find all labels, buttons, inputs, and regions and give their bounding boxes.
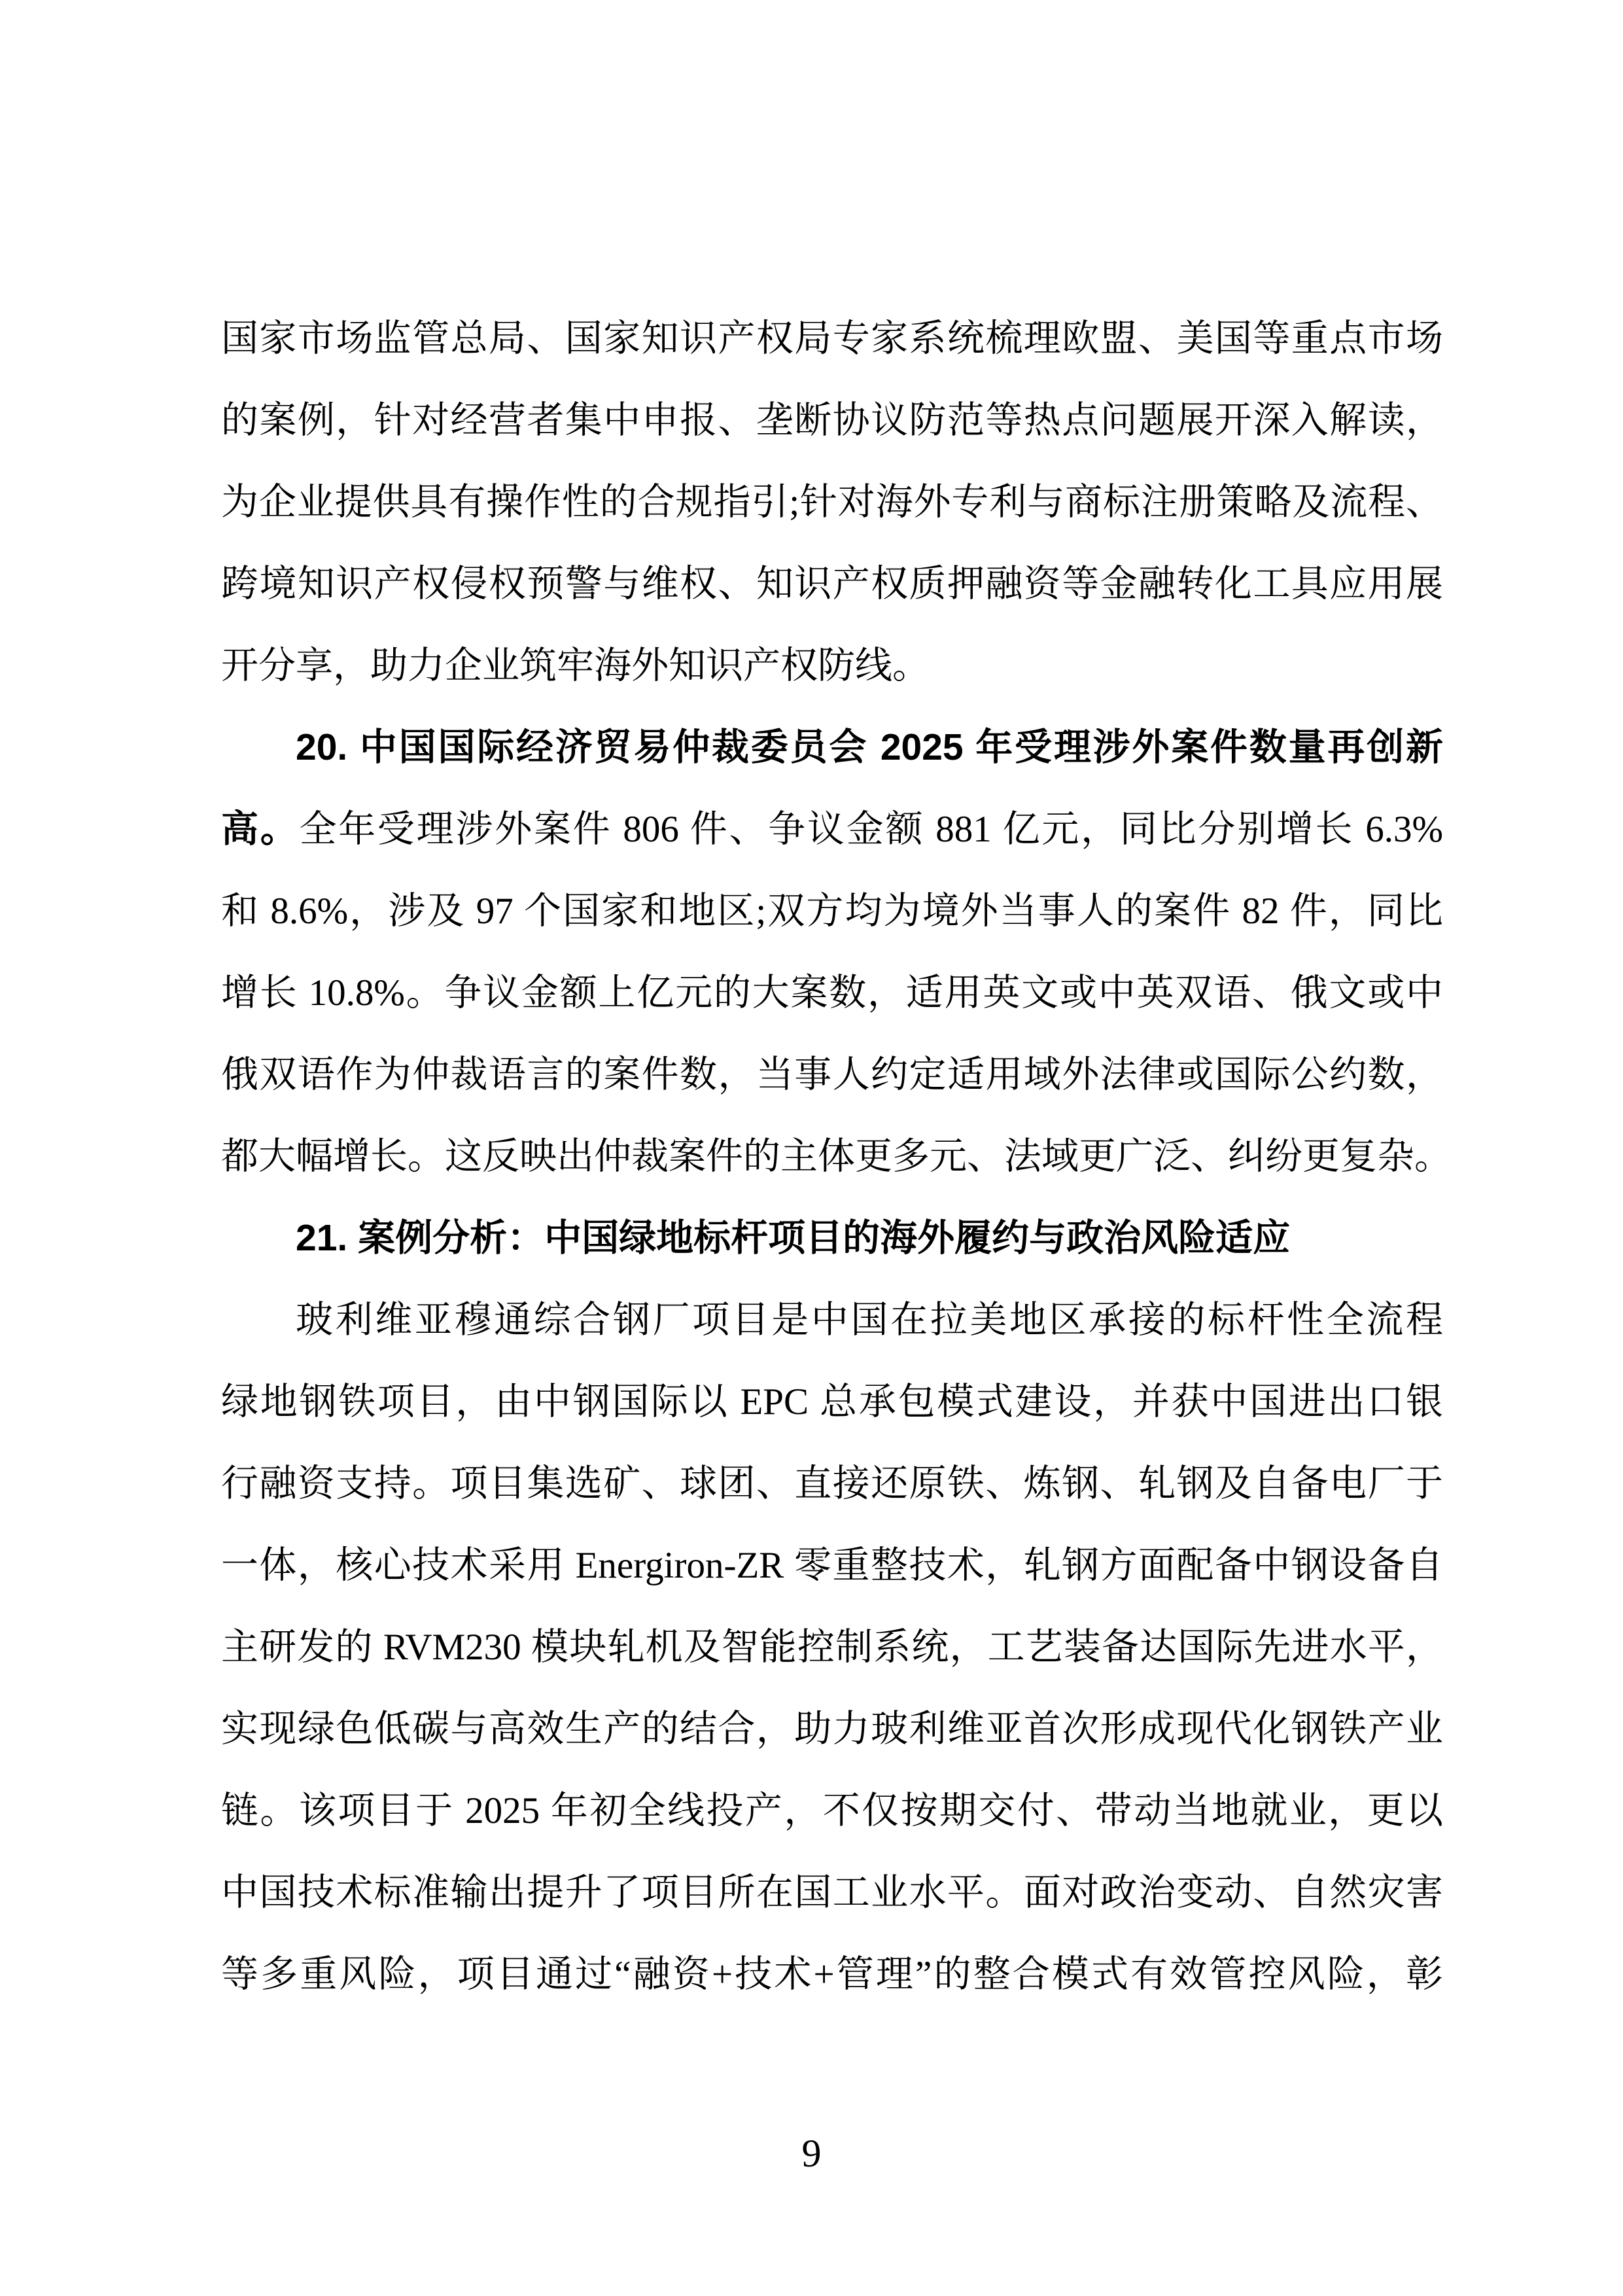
text-line: 行融资支持。项目集选矿、球团、直接还原铁、炼钢、轧钢及自备电厂于 bbox=[221, 1443, 1443, 1525]
heading-text: 20. 中国国际经济贸易仲裁委员会 2025 年受理涉外案件数量再创新 bbox=[296, 726, 1443, 768]
body-text: 跨境知识产权侵权预警与维权、知识产权质押融资等金融转化工具应用展 bbox=[221, 563, 1443, 605]
body-text: 主研发的 RVM230 模块轧机及智能控制系统，工艺装备达国际先进水平， bbox=[221, 1627, 1443, 1668]
body-text: 全年受理涉外案件 806 件、争议金额 881 亿元，同比分别增长 6.3% bbox=[299, 809, 1443, 850]
body-text: 链。该项目于 2025 年初全线投产，不仅按期交付、带动当地就业，更以 bbox=[221, 1790, 1443, 1831]
body-text: 中国技术标准输出提升了项目所在国工业水平。面对政治变动、自然灾害 bbox=[221, 1872, 1443, 1913]
text-line: 玻利维亚穆通综合钢厂项目是中国在拉美地区承接的标杆性全流程 bbox=[221, 1279, 1443, 1361]
text-line: 为企业提供具有操作性的合规指引;针对海外专利与商标注册策略及流程、 bbox=[221, 461, 1443, 543]
body-text: 等多重风险，项目通过“融资+技术+管理”的整合模式有效管控风险，彰 bbox=[221, 1954, 1443, 1995]
body-text: 绿地钢铁项目，由中钢国际以 EPC 总承包模式建设，并获中国进出口银 bbox=[221, 1381, 1443, 1422]
text-line: 20. 中国国际经济贸易仲裁委员会 2025 年受理涉外案件数量再创新 bbox=[221, 707, 1443, 788]
body-text: 行融资支持。项目集选矿、球团、直接还原铁、炼钢、轧钢及自备电厂于 bbox=[221, 1463, 1443, 1504]
text-line: 链。该项目于 2025 年初全线投产，不仅按期交付、带动当地就业，更以 bbox=[221, 1770, 1443, 1852]
text-line: 跨境知识产权侵权预警与维权、知识产权质押融资等金融转化工具应用展 bbox=[221, 543, 1443, 625]
body-text: 增长 10.8%。争议金额上亿元的大案数，适用英文或中英双语、俄文或中 bbox=[221, 972, 1443, 1014]
body-text: 玻利维亚穆通综合钢厂项目是中国在拉美地区承接的标杆性全流程 bbox=[296, 1299, 1443, 1341]
text-line: 和 8.6%，涉及 97 个国家和地区;双方均为境外当事人的案件 82 件，同比 bbox=[221, 870, 1443, 952]
text-line: 绿地钢铁项目，由中钢国际以 EPC 总承包模式建设，并获中国进出口银 bbox=[221, 1361, 1443, 1443]
body-text: 都大幅增长。这反映出仲裁案件的主体更多元、法域更广泛、纠纷更复杂。 bbox=[221, 1136, 1452, 1177]
text-line: 增长 10.8%。争议金额上亿元的大案数，适用英文或中英双语、俄文或中 bbox=[221, 952, 1443, 1034]
text-line: 俄双语作为仲裁语言的案件数，当事人约定适用域外法律或国际公约数， bbox=[221, 1034, 1443, 1116]
body-text: 开分享，助力企业筑牢海外知识产权防线。 bbox=[221, 645, 930, 686]
text-line: 的案例，针对经营者集中申报、垄断协议防范等热点问题展开深入解读， bbox=[221, 380, 1443, 461]
heading-text: 21. 案例分析：中国绿地标杆项目的海外履约与政治风险适应 bbox=[296, 1217, 1290, 1259]
text-line: 中国技术标准输出提升了项目所在国工业水平。面对政治变动、自然灾害 bbox=[221, 1852, 1443, 1934]
body-text: 国家市场监管总局、国家知识产权局专家系统梳理欧盟、美国等重点市场 bbox=[221, 318, 1443, 359]
text-line: 高。全年受理涉外案件 806 件、争议金额 881 亿元，同比分别增长 6.3% bbox=[221, 788, 1443, 870]
body-text: 一体，核心技术采用 Energiron-ZR 零重整技术，轧钢方面配备中钢设备自 bbox=[221, 1545, 1443, 1586]
body-text: 实现绿色低碳与高效生产的结合，助力玻利维亚首次形成现代化钢铁产业 bbox=[221, 1708, 1443, 1750]
text-line: 国家市场监管总局、国家知识产权局专家系统梳理欧盟、美国等重点市场 bbox=[221, 298, 1443, 380]
document-page: 国家市场监管总局、国家知识产权局专家系统梳理欧盟、美国等重点市场的案例，针对经营… bbox=[0, 0, 1623, 2296]
document-body-text: 国家市场监管总局、国家知识产权局专家系统梳理欧盟、美国等重点市场的案例，针对经营… bbox=[221, 298, 1443, 2015]
text-line: 实现绿色低碳与高效生产的结合，助力玻利维亚首次形成现代化钢铁产业 bbox=[221, 1688, 1443, 1770]
body-text: 为企业提供具有操作性的合规指引;针对海外专利与商标注册策略及流程、 bbox=[221, 482, 1443, 523]
text-line: 开分享，助力企业筑牢海外知识产权防线。 bbox=[221, 625, 1443, 707]
text-line: 主研发的 RVM230 模块轧机及智能控制系统，工艺装备达国际先进水平， bbox=[221, 1606, 1443, 1688]
body-text: 俄双语作为仲裁语言的案件数，当事人约定适用域外法律或国际公约数， bbox=[221, 1054, 1443, 1095]
heading-text: 高。 bbox=[221, 808, 299, 850]
text-line: 等多重风险，项目通过“融资+技术+管理”的整合模式有效管控风险，彰 bbox=[221, 1934, 1443, 2015]
body-text: 和 8.6%，涉及 97 个国家和地区;双方均为境外当事人的案件 82 件，同比 bbox=[221, 891, 1443, 932]
text-line: 一体，核心技术采用 Energiron-ZR 零重整技术，轧钢方面配备中钢设备自 bbox=[221, 1525, 1443, 1606]
page-number: 9 bbox=[0, 2132, 1623, 2175]
body-text: 的案例，针对经营者集中申报、垄断协议防范等热点问题展开深入解读， bbox=[221, 400, 1443, 441]
text-line: 21. 案例分析：中国绿地标杆项目的海外履约与政治风险适应 bbox=[221, 1197, 1443, 1279]
text-line: 都大幅增长。这反映出仲裁案件的主体更多元、法域更广泛、纠纷更复杂。 bbox=[221, 1116, 1443, 1197]
